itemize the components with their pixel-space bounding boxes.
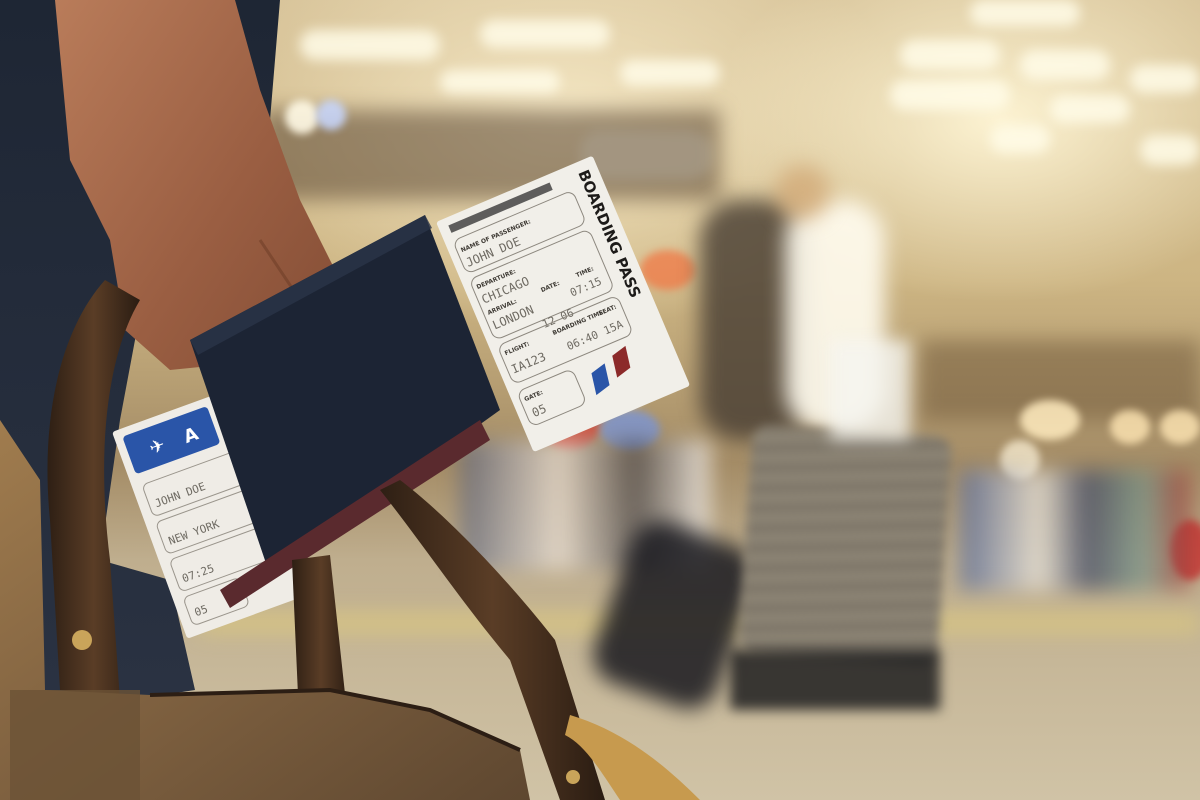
foreground-illustration: ✈ A JOHN DOE NEW YORK 07:25 05 BOARDING …	[0, 0, 1200, 800]
airport-photo: ✈ A JOHN DOE NEW YORK 07:25 05 BOARDING …	[0, 0, 1200, 800]
